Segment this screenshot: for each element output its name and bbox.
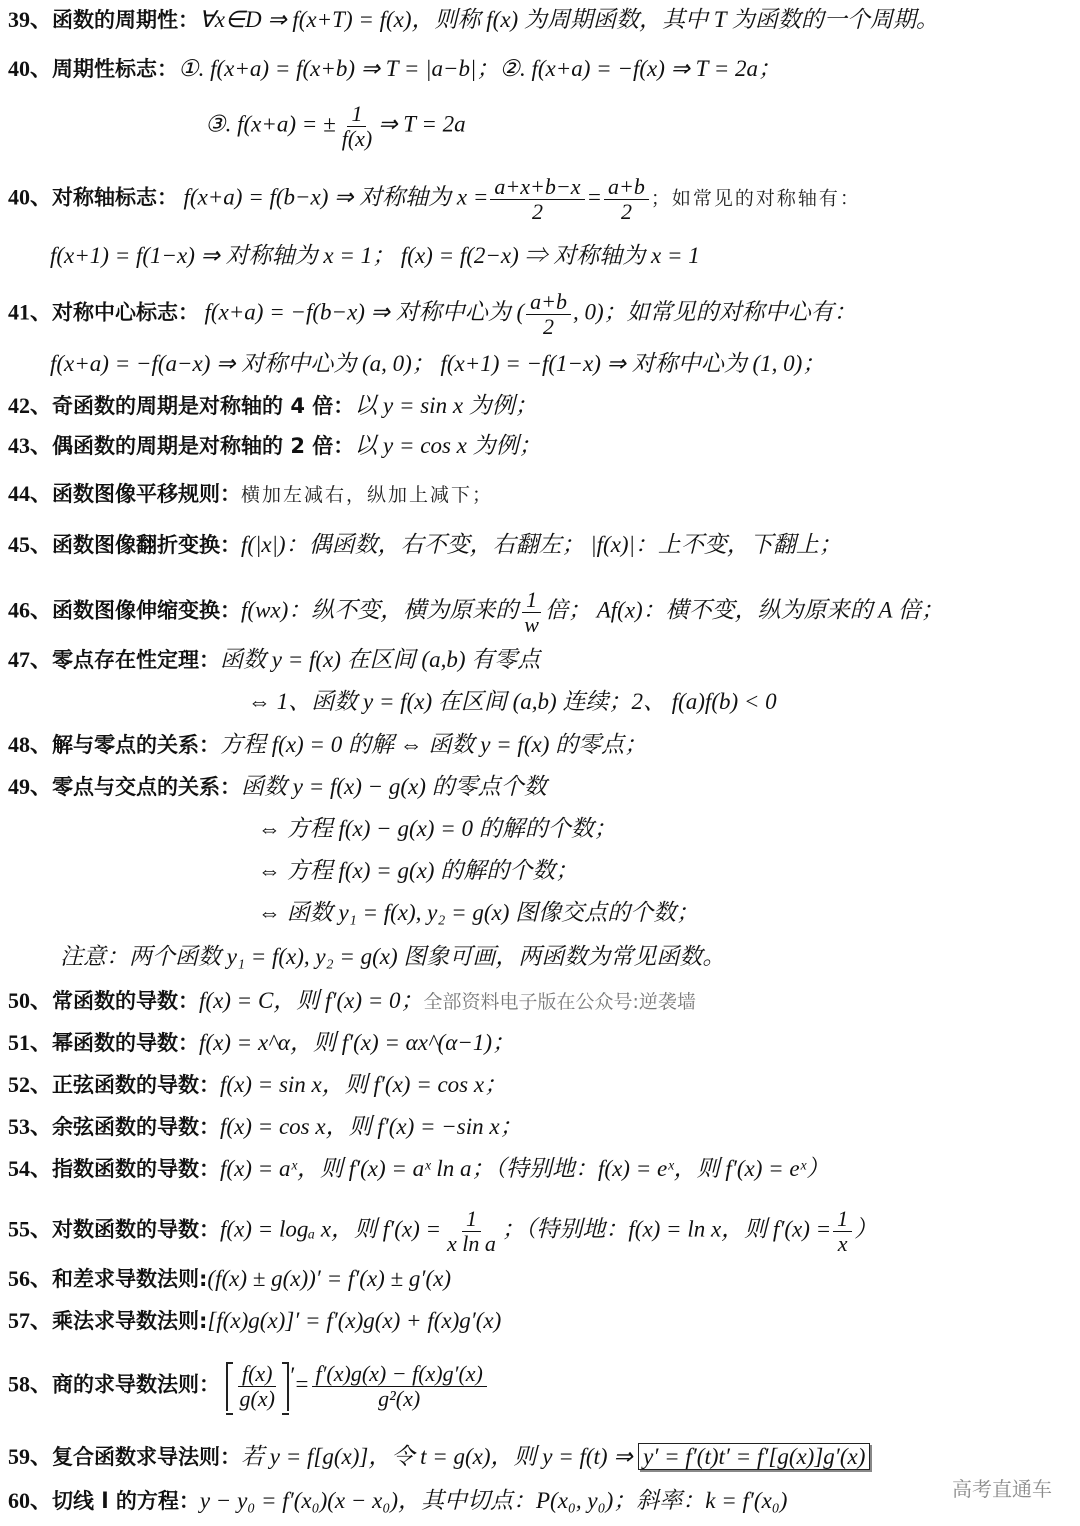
fraction-denominator: x [834, 1232, 852, 1256]
formula-post: , 0)；如常见的对称中心有： [573, 300, 857, 325]
fraction-numerator: 1 [347, 102, 366, 127]
formula-post: ；如常见的对称轴有： [651, 188, 861, 210]
item-number: 45、 [8, 532, 52, 557]
item-title: 奇函数的周期是对称轴的 4 倍： [52, 394, 354, 418]
boxed-formula: y′ = f′(t)t′ = f′[g(x)]g′(x) [638, 1443, 870, 1470]
fraction: a+b2 [526, 290, 571, 339]
item-title: 余弦函数的导数： [52, 1115, 220, 1139]
fraction-numerator: f′(x)g(x) − f(x)g′(x) [312, 1362, 487, 1387]
item-49-line2: ⇔ 方程 f(x) − g(x) = 0 的解的个数； [258, 815, 617, 843]
fraction-2: 1x [833, 1207, 852, 1256]
fraction-2: a+b2 [604, 175, 649, 224]
item-number: 48、 [8, 732, 52, 757]
item-40-periodic: 40、周期性标志：①. f(x+a) = f(x+b) ⇒ T = |a−b|；… [8, 55, 781, 83]
item-47: 47、零点存在性定理：函数 y = f(x) 在区间 (a,b) 有零点 [8, 646, 540, 674]
fraction-denominator: 2 [528, 200, 547, 224]
fraction-denominator: 2 [539, 315, 558, 339]
item-number: 60、 [8, 1488, 52, 1513]
item-43: 43、偶函数的周期是对称轴的 2 倍：以 y = cos x 为例； [8, 432, 542, 460]
item-content: f(x) = aˣ，则 f′(x) = aˣ ln a；（特别地：f(x) = … [220, 1156, 829, 1181]
fraction-denominator: g²(x) [374, 1387, 424, 1411]
item-content: ∀x∈D ⇒ f(x+T) = f(x)，则称 f(x) 为周期函数，其中 T … [199, 7, 939, 32]
item-number: 43、 [8, 433, 52, 458]
item-title: 幂函数的导数： [52, 1031, 199, 1055]
item-number: 59、 [8, 1444, 52, 1469]
item-58: 58、商的求导数法则： f(x)g(x)′=f′(x)g(x) − f(x)g′… [8, 1362, 489, 1411]
item-content: f(x) = x^α，则 f′(x) = αx^(α−1)； [199, 1030, 515, 1055]
item-49: 49、零点与交点的关系：函数 y = f(x) − g(x) 的零点个数 [8, 773, 547, 801]
item-title: 函数图像翻折变换： [52, 533, 241, 557]
item-content: ⇔ 方程 f(x) − g(x) = 0 的解的个数； [258, 816, 617, 841]
item-title: 零点与交点的关系： [52, 775, 241, 799]
fraction-numerator: 1 [462, 1207, 481, 1232]
item-title: 解与零点的关系： [52, 733, 220, 757]
item-content: f(|x|)：偶函数，右不变，右翻左； |f(x)|：上不变，下翻上； [241, 532, 842, 557]
item-title: 对数函数的导数： [52, 1218, 220, 1242]
fraction-numerator: a+x+b−x [490, 175, 584, 200]
item-content: [f(x)g(x)]′ = f′(x)g(x) + f(x)g′(x) [207, 1308, 501, 1333]
item-39: 39、函数的周期性：∀x∈D ⇒ f(x+T) = f(x)，则称 f(x) 为… [8, 6, 939, 34]
item-47-line2: ⇔ 1、函数 y = f(x) 在区间 (a,b) 连续；2、 f(a)f(b)… [248, 688, 777, 716]
item-title: 切线 l 的方程： [52, 1489, 200, 1513]
item-title: 商的求导数法则： [52, 1373, 220, 1397]
item-54: 54、指数函数的导数：f(x) = aˣ，则 f′(x) = aˣ ln a；（… [8, 1155, 829, 1183]
equals-sign: = [587, 185, 603, 210]
item-title: 函数图像平移规则： [52, 482, 241, 506]
item-content: f(x+a) = −f(a−x) ⇒ 对称中心为 (a, 0)； f(x+1) … [50, 351, 825, 376]
item-content: 若 y = f[g(x)]，令 t = g(x)，则 y = f(t) ⇒ [241, 1444, 633, 1469]
item-number: 46、 [8, 598, 52, 623]
fraction-1: 1x ln a [443, 1207, 500, 1256]
item-title: 和差求导数法则: [52, 1267, 207, 1291]
item-content: 方程 f(x) = 0 的解 ⇔ 函数 y = f(x) 的零点； [220, 732, 647, 757]
note-text: 注意：两个函数 y₁ = f(x), y₂ = g(x) 图象可画，两函数为常见… [60, 944, 725, 969]
formula-mid: ；（特别地：f(x) = ln x，则 f′(x) = [502, 1217, 831, 1242]
item-content: ①. f(x+a) = f(x+b) ⇒ T = |a−b|；②. f(x+a)… [178, 56, 781, 81]
item-title: 函数图像伸缩变换： [52, 599, 241, 623]
item-number: 39、 [8, 7, 52, 32]
formula-prefix: ③. f(x+a) = ± [205, 112, 336, 137]
equals-sign: = [294, 1372, 310, 1397]
item-number: 57、 [8, 1308, 52, 1333]
item-44: 44、函数图像平移规则：横加左减右，纵加上减下； [8, 480, 493, 509]
fraction-numerator: f(x) [238, 1362, 277, 1387]
fraction-denominator: 2 [617, 200, 636, 224]
item-content: f(x) = C，则 f′(x) = 0； [199, 988, 424, 1013]
item-49-line3: ⇔ 方程 f(x) = g(x) 的解的个数； [258, 857, 578, 885]
fraction-denominator: g(x) [236, 1387, 279, 1411]
item-number: 51、 [8, 1030, 52, 1055]
item-number: 49、 [8, 774, 52, 799]
item-number: 44、 [8, 481, 52, 506]
bracket-group: f(x)g(x) [226, 1362, 289, 1411]
formula-suffix: ⇒ T = 2a [378, 112, 465, 137]
item-title: 零点存在性定理： [52, 648, 220, 672]
item-content: (f(x) ± g(x))′ = f′(x) ± g′(x) [207, 1266, 451, 1291]
item-number: 50、 [8, 988, 52, 1013]
item-number: 40、 [8, 56, 52, 81]
item-title: 偶函数的周期是对称轴的 2 倍： [52, 434, 354, 458]
item-number: 41、 [8, 300, 52, 325]
item-number: 56、 [8, 1266, 52, 1291]
item-42: 42、奇函数的周期是对称轴的 4 倍：以 y = sin x 为例； [8, 392, 538, 420]
item-50: 50、常函数的导数：f(x) = C，则 f′(x) = 0；全部资料电子版在公… [8, 987, 696, 1016]
watermark-text: 全部资料电子版在公众号:逆袭墙 [424, 991, 696, 1013]
item-number: 54、 [8, 1156, 52, 1181]
item-number: 52、 [8, 1072, 52, 1097]
item-number: 42、 [8, 393, 52, 418]
item-number: 55、 [8, 1217, 52, 1242]
item-content: y − y₀ = f′(x₀)(x − x₀)，其中切点：P(x₀, y₀)；斜… [200, 1488, 788, 1513]
item-59: 59、复合函数求导法则：若 y = f[g(x)]，令 t = g(x)，则 y… [8, 1443, 870, 1471]
fraction-numerator: 1 [522, 588, 541, 613]
item-number: 47、 [8, 647, 52, 672]
item-content: 函数 y = f(x) − g(x) 的零点个数 [241, 774, 547, 799]
item-56: 56、和差求导数法则:(f(x) ± g(x))′ = f′(x) ± g′(x… [8, 1265, 451, 1293]
item-title: 乘法求导数法则: [52, 1309, 207, 1333]
fraction-numerator: 1 [833, 1207, 852, 1232]
item-title: 周期性标志： [52, 57, 178, 81]
fraction-numerator: a+b [526, 290, 571, 315]
item-content: f(x+1) = f(1−x) ⇒ 对称轴为 x = 1； f(x) = f(2… [50, 243, 700, 268]
item-content: 以 y = sin x 为例； [354, 393, 538, 418]
formula-post: ） [854, 1217, 877, 1242]
item-number: 53、 [8, 1114, 52, 1139]
formula-post: 倍； Af(x)：横不变，纵为原来的 A 倍； [545, 598, 944, 623]
formula-pre: f(x+a) = −f(b−x) ⇒ 对称中心为 ( [205, 300, 525, 325]
formula-pre: f(wx)：纵不变，横为原来的 [241, 598, 518, 623]
fraction-denominator: f(x) [338, 127, 377, 151]
fraction-denominator: x ln a [443, 1232, 500, 1256]
item-52: 52、正弦函数的导数：f(x) = sin x，则 f′(x) = cos x； [8, 1071, 507, 1099]
item-title: 常函数的导数： [52, 989, 199, 1013]
item-title: 对称中心标志： [52, 301, 199, 325]
item-49-line4: ⇔ 函数 y₁ = f(x), y₂ = g(x) 图像交点的个数； [258, 899, 699, 927]
item-title: 指数函数的导数： [52, 1157, 220, 1181]
item-57: 57、乘法求导数法则:[f(x)g(x)]′ = f′(x)g(x) + f(x… [8, 1307, 501, 1335]
item-53: 53、余弦函数的导数：f(x) = cos x，则 f′(x) = −sin x… [8, 1113, 523, 1141]
fraction: 1w [520, 588, 543, 637]
fraction-numerator: a+b [604, 175, 649, 200]
item-number: 40、 [8, 185, 52, 210]
item-49-note: 注意：两个函数 y₁ = f(x), y₂ = g(x) 图象可画，两函数为常见… [60, 943, 725, 971]
item-content: f(x) = cos x，则 f′(x) = −sin x； [220, 1114, 523, 1139]
item-content: ⇔ 函数 y₁ = f(x), y₂ = g(x) 图像交点的个数； [258, 900, 699, 925]
item-content: ⇔ 1、函数 y = f(x) 在区间 (a,b) 连续；2、 f(a)f(b)… [248, 689, 777, 714]
item-title: 对称轴标志： [52, 186, 178, 210]
fraction: 1f(x) [338, 102, 377, 151]
item-55: 55、对数函数的导数：f(x) = logₐ x，则 f′(x) =1x ln … [8, 1207, 877, 1256]
formula-pre: f(x) = logₐ x，则 f′(x) = [220, 1217, 441, 1242]
item-41: 41、对称中心标志： f(x+a) = −f(b−x) ⇒ 对称中心为 (a+b… [8, 290, 857, 339]
item-content: f(x) = sin x，则 f′(x) = cos x； [220, 1072, 507, 1097]
item-46: 46、函数图像伸缩变换：f(wx)：纵不变，横为原来的1w倍； Af(x)：横不… [8, 588, 944, 637]
item-40-axis: 40、对称轴标志： f(x+a) = f(b−x) ⇒ 对称轴为 x =a+x+… [8, 175, 861, 224]
item-content: 函数 y = f(x) 在区间 (a,b) 有零点 [220, 647, 540, 672]
item-40-axis-line2: f(x+1) = f(1−x) ⇒ 对称轴为 x = 1； f(x) = f(2… [50, 242, 700, 270]
formula-pre: f(x+a) = f(b−x) ⇒ 对称轴为 x = [184, 185, 489, 210]
fraction-denominator: w [520, 613, 543, 637]
item-title: 复合函数求导法则： [52, 1445, 241, 1469]
watermark-logo: 高考直通车 [952, 1473, 1052, 1502]
item-title: 正弦函数的导数： [52, 1073, 220, 1097]
item-content: 横加左减右，纵加上减下； [241, 484, 493, 506]
item-number: 58、 [8, 1372, 52, 1397]
item-45: 45、函数图像翻折变换：f(|x|)：偶函数，右不变，右翻左； |f(x)|：上… [8, 531, 842, 559]
inner-fraction: f(x)g(x) [236, 1362, 279, 1411]
item-48: 48、解与零点的关系：方程 f(x) = 0 的解 ⇔ 函数 y = f(x) … [8, 731, 647, 759]
item-title: 函数的周期性： [52, 8, 199, 32]
fraction-1: a+x+b−x2 [490, 175, 584, 224]
item-content: ⇔ 方程 f(x) = g(x) 的解的个数； [258, 858, 578, 883]
item-41-line2: f(x+a) = −f(a−x) ⇒ 对称中心为 (a, 0)； f(x+1) … [50, 350, 825, 378]
item-51: 51、幂函数的导数：f(x) = x^α，则 f′(x) = αx^(α−1)； [8, 1029, 515, 1057]
quotient-fraction: f′(x)g(x) − f(x)g′(x)g²(x) [312, 1362, 487, 1411]
item-40-periodic-line2: ③. f(x+a) = ±1f(x)⇒ T = 2a [205, 102, 466, 151]
item-60: 60、切线 l 的方程：y − y₀ = f′(x₀)(x − x₀)，其中切点… [8, 1487, 787, 1515]
item-content: 以 y = cos x 为例； [354, 433, 541, 458]
